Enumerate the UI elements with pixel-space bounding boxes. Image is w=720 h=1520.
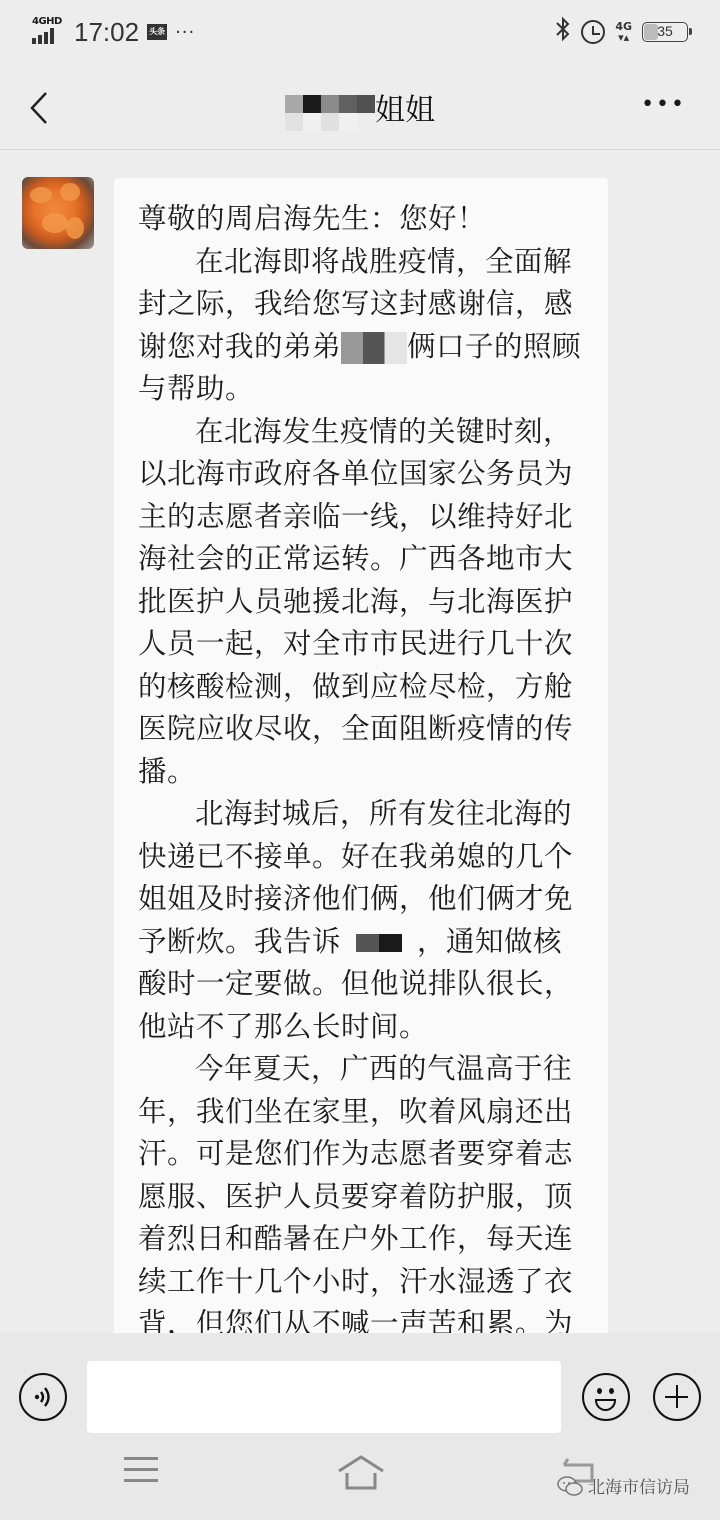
message-paragraph-4: 今年夏天，广西的气温高于往年，我们坐在家里，吹着风扇还出汗。可是您们作为志愿者要… [138,1048,586,1333]
avatar[interactable] [22,177,94,249]
message-input[interactable] [87,1361,561,1433]
more-functions-button[interactable] [653,1373,701,1421]
signal-icon: 4GHD [32,18,66,46]
voice-icon [31,1384,55,1410]
redacted-name [285,95,375,131]
message-paragraph-2: 在北海发生疫情的关键时刻，以北海市政府各单位国家公务员为主的志愿者亲临一线，以维… [138,411,586,794]
status-right: 4G▾▴ 35 [555,16,688,48]
wechat-icon [556,1475,584,1497]
chat-header: 姐姐 ••• [0,64,720,150]
emoji-button[interactable] [582,1373,630,1421]
4g-icon: 4G▾▴ [615,21,632,43]
more-dots-icon: ••• [641,92,686,117]
watermark: 北海市信访局 [556,1473,690,1498]
network-type-label: 4GHD [32,16,62,27]
page-title: 姐姐 [375,85,435,129]
bluetooth-icon [555,16,571,48]
back-button[interactable] [26,90,56,126]
battery-level: 35 [657,23,673,39]
redacted-name [341,934,417,952]
battery-icon: 35 [642,22,688,42]
message-paragraph-3: 北海封城后，所有发往北海的快递已不接单。好在我弟媳的几个姐姐及时接济他们俩，他们… [138,793,586,1048]
status-bar: 4GHD 17:02 头条 ··· 4G▾▴ 35 [0,0,720,64]
home-icon [336,1453,386,1493]
message-bubble[interactable]: 尊敬的周启海先生：您好！ 在北海即将战胜疫情，全面解封之际，我给您写这封感谢信，… [114,178,608,1333]
input-bar [0,1333,720,1433]
recent-apps-button[interactable] [124,1457,158,1485]
watermark-label: 北海市信访局 [588,1473,690,1498]
menu-icon [124,1457,158,1482]
toutiao-icon: 头条 [147,24,167,40]
status-left: 4GHD 17:02 头条 ··· [32,17,195,48]
voice-button[interactable] [19,1373,67,1421]
system-navigation-bar: 北海市信访局 [0,1433,720,1520]
alarm-icon [581,20,605,44]
chat-area[interactable]: 尊敬的周启海先生：您好！ 在北海即将战胜疫情，全面解封之际，我给您写这封感谢信，… [0,151,720,1333]
notification-overflow-icon: ··· [175,22,195,43]
chat-title: 姐姐 [285,83,435,131]
clock: 17:02 [74,17,139,48]
chevron-left-icon [26,90,56,126]
more-button[interactable]: ••• [641,92,686,117]
redacted-name [341,332,407,364]
home-button[interactable] [336,1453,386,1493]
message-greeting: 尊敬的周启海先生：您好！ [138,198,586,241]
message-paragraph-1: 在北海即将战胜疫情，全面解封之际，我给您写这封感谢信，感谢您对我的弟弟俩口子的照… [138,241,586,411]
